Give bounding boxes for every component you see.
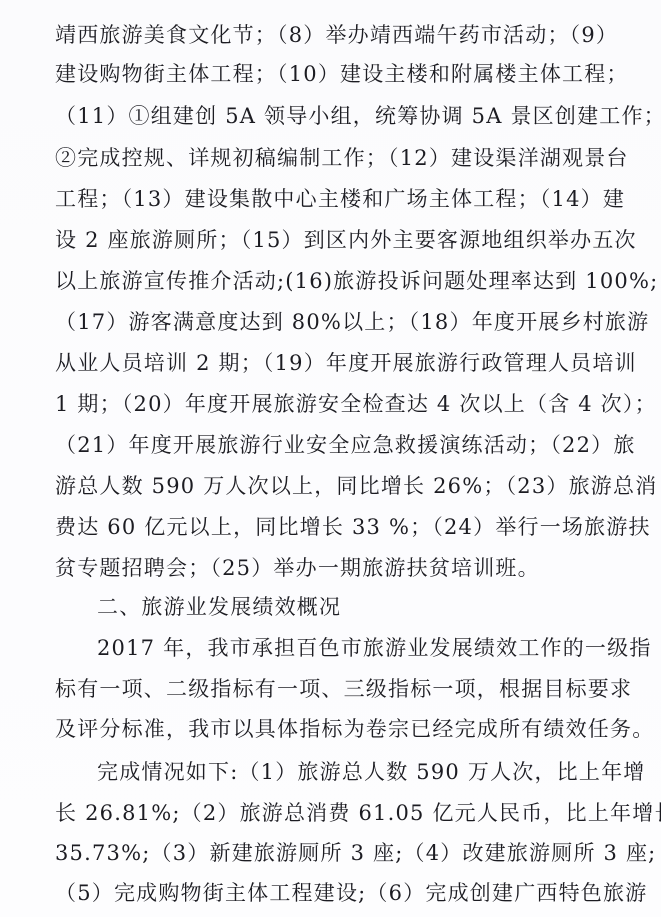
text-line: 35.73%;（3）新建旅游厕所 3 座;（4）改建旅游厕所 3 座; [55, 838, 615, 868]
text-line: 从业人员培训 2 期；（19）年度开展旅游行政管理人员培训 [55, 348, 615, 378]
text-line: 以上旅游宣传推介活动;(16)旅游投诉问题处理率达到 100%; [55, 266, 615, 296]
text-line: 标有一项、二级指标有一项、三级指标一项，根据目标要求 [55, 674, 615, 704]
text-line: 2017 年，我市承担百色市旅游业发展绩效工作的一级指 [97, 633, 657, 663]
text-line: 设 2 座旅游厕所；（15）到区内外主要客源地组织举办五次 [55, 225, 615, 255]
text-line: （17）游客满意度达到 80%以上；（18）年度开展乡村旅游 [55, 307, 615, 337]
text-line: 工程；（13）建设集散中心主楼和广场主体工程；（14）建 [55, 184, 615, 214]
text-line: （21）年度开展旅游行业安全应急救援演练活动；（22）旅 [55, 430, 615, 460]
text-line: （5）完成购物街主体工程建设;（6）完成创建广西特色旅游 [55, 878, 615, 908]
text-line: 及评分标准，我市以具体指标为卷宗已经完成所有绩效任务。 [55, 714, 615, 744]
text-line: （11）①组建创 5A 领导小组，统筹协调 5A 景区创建工作； [55, 101, 615, 131]
text-line: ②完成控规、详规初稿编制工作；（12）建设渠洋湖观景台 [55, 143, 615, 173]
text-line: 游总人数 590 万人次以上，同比增长 26%；（23）旅游总消 [55, 471, 615, 501]
text-line: 1 期；（20）年度开展旅游安全检查达 4 次以上（含 4 次）； [55, 389, 615, 419]
section-heading: 二、旅游业发展绩效概况 [97, 592, 657, 622]
text-line: 长 26.81%;（2）旅游总消费 61.05 亿元人民币，比上年增长 [55, 798, 615, 828]
document-page: 靖西旅游美食文化节；（8）举办靖西端午药市活动；（9） 建设购物街主体工程；（1… [0, 0, 661, 917]
text-line: 贫专题招聘会；（25）举办一期旅游扶贫培训班。 [55, 553, 615, 583]
text-line: 建设购物街主体工程；（10）建设主楼和附属楼主体工程； [55, 59, 615, 89]
text-line: 完成情况如下:（1）旅游总人数 590 万人次，比上年增 [97, 757, 657, 787]
text-line: 靖西旅游美食文化节；（8）举办靖西端午药市活动；（9） [55, 20, 615, 50]
text-line: 费达 60 亿元以上，同比增长 33 %；（24）举行一场旅游扶 [55, 512, 615, 542]
